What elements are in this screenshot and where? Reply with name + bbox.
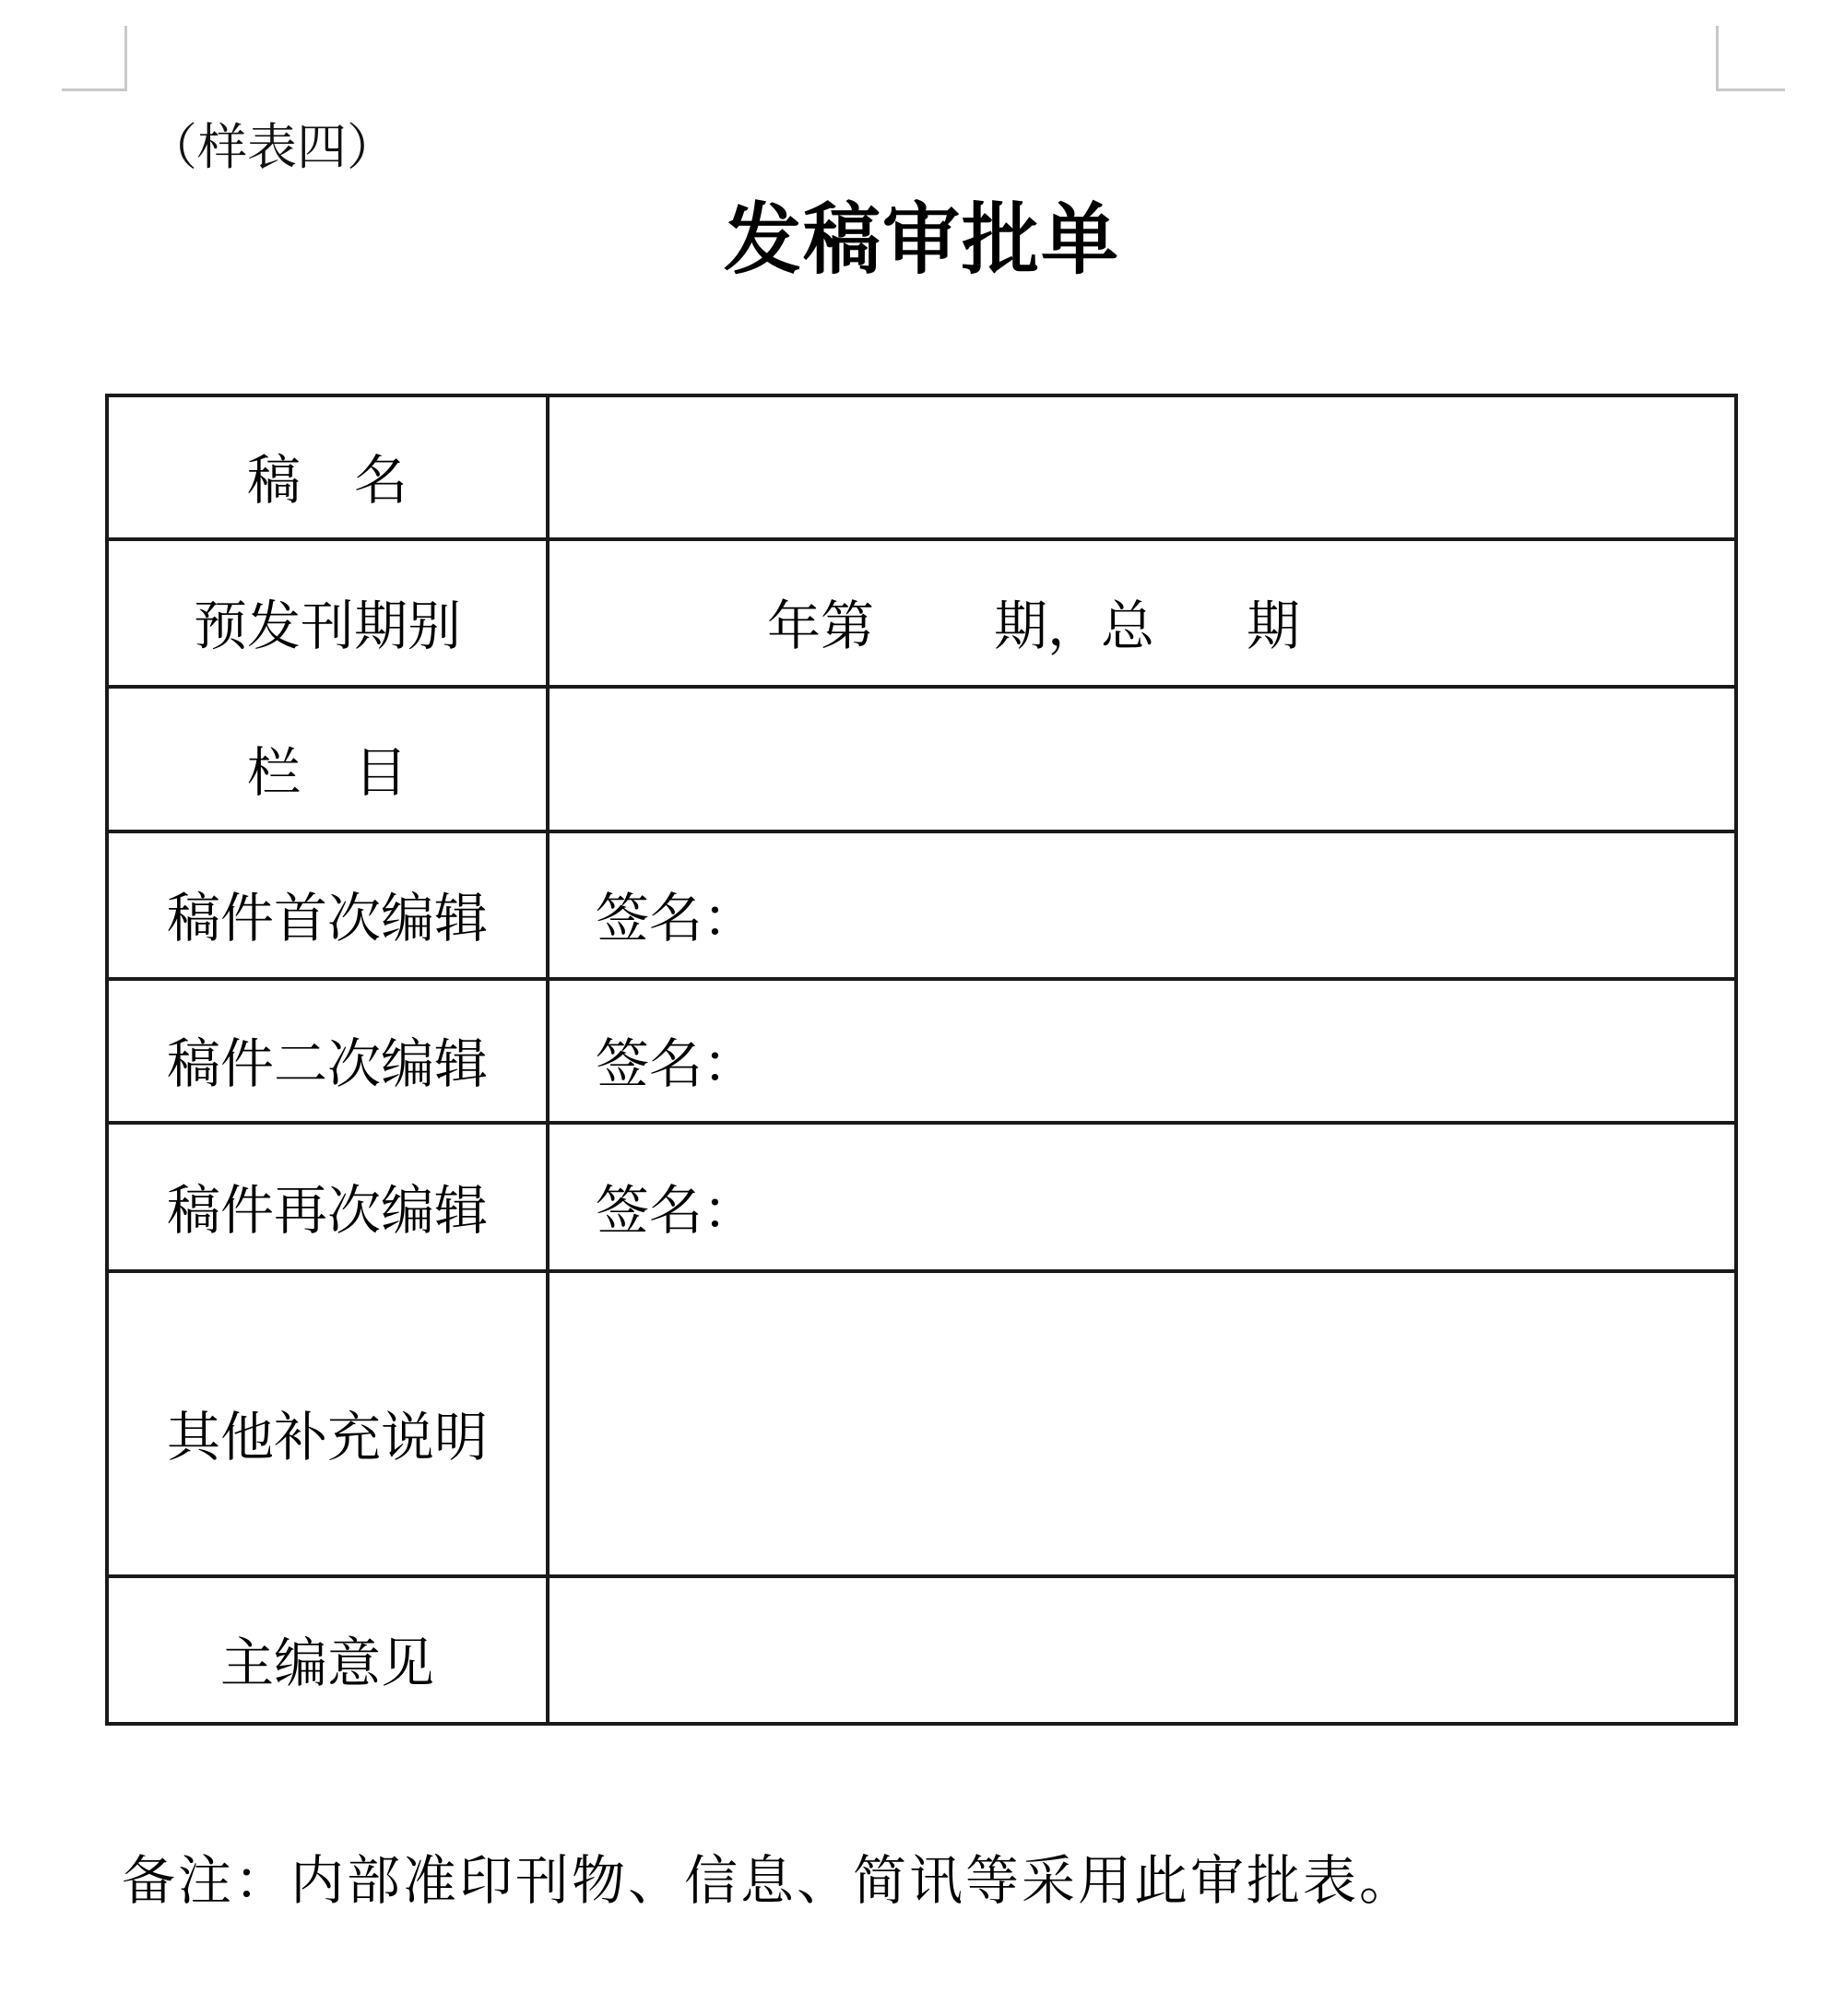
footnote: 备注：内部准印刊物、信息、简讯等采用此审批表。 bbox=[122, 1844, 1415, 1917]
label-further-edit: 稿件再次编辑 bbox=[167, 1179, 488, 1242]
signature-label: 签名： bbox=[596, 1179, 756, 1242]
issue-suffix-text: 期 bbox=[1247, 595, 1300, 657]
manuscript-name-field[interactable] bbox=[548, 395, 1736, 539]
label-first-edit: 稿件首次编辑 bbox=[167, 887, 488, 949]
table-row-further-edit: 稿件再次编辑 签名： bbox=[107, 1123, 1736, 1271]
row-label: 其他补充说明 bbox=[107, 1271, 548, 1576]
page-corner-mark-top-left bbox=[62, 26, 127, 91]
signature-label: 签名： bbox=[596, 1032, 756, 1095]
row-label: 稿件再次编辑 bbox=[107, 1123, 548, 1271]
editor-opinion-field[interactable] bbox=[548, 1576, 1736, 1724]
label-planned-issue: 预发刊期别 bbox=[194, 595, 461, 657]
table-row-issue: 预发刊期别 年第期，总期 bbox=[107, 539, 1736, 687]
issue-year-text: 年第 bbox=[767, 595, 874, 657]
additional-notes-field[interactable] bbox=[548, 1271, 1736, 1576]
signature-label: 签名： bbox=[596, 887, 756, 949]
table-row-first-edit: 稿件首次编辑 签名： bbox=[107, 831, 1736, 979]
sample-label: （样表四） bbox=[148, 115, 396, 180]
table-row-column: 栏 目 bbox=[107, 687, 1736, 831]
approval-form-table: 稿 名 预发刊期别 年第期，总期 栏 目 稿件首次编辑 签名： 稿件二次编辑 bbox=[105, 394, 1738, 1726]
label-column: 栏 目 bbox=[247, 741, 408, 804]
row-label: 主编意见 bbox=[107, 1576, 548, 1724]
issue-total-text: 期，总 bbox=[994, 595, 1154, 657]
table-row-second-edit: 稿件二次编辑 签名： bbox=[107, 979, 1736, 1123]
row-label: 稿件首次编辑 bbox=[107, 831, 548, 979]
page-title: 发稿审批单 bbox=[0, 194, 1844, 286]
column-field[interactable] bbox=[548, 687, 1736, 831]
table-row-editor-opinion: 主编意见 bbox=[107, 1576, 1736, 1724]
page-corner-mark-top-right bbox=[1716, 26, 1785, 91]
first-edit-signature-field[interactable]: 签名： bbox=[548, 831, 1736, 979]
row-label: 栏 目 bbox=[107, 687, 548, 831]
row-label: 预发刊期别 bbox=[107, 539, 548, 687]
row-label: 稿件二次编辑 bbox=[107, 979, 548, 1123]
label-editor-in-chief-opinion: 主编意见 bbox=[220, 1632, 434, 1694]
second-edit-signature-field[interactable]: 签名： bbox=[548, 979, 1736, 1123]
table-row-manuscript-name: 稿 名 bbox=[107, 395, 1736, 539]
label-second-edit: 稿件二次编辑 bbox=[167, 1032, 488, 1095]
table-row-additional-notes: 其他补充说明 bbox=[107, 1271, 1736, 1576]
row-label: 稿 名 bbox=[107, 395, 548, 539]
planned-issue-field[interactable]: 年第期，总期 bbox=[548, 539, 1736, 687]
further-edit-signature-field[interactable]: 签名： bbox=[548, 1123, 1736, 1271]
label-manuscript-name: 稿 名 bbox=[247, 449, 408, 512]
label-additional-notes: 其他补充说明 bbox=[167, 1406, 488, 1468]
